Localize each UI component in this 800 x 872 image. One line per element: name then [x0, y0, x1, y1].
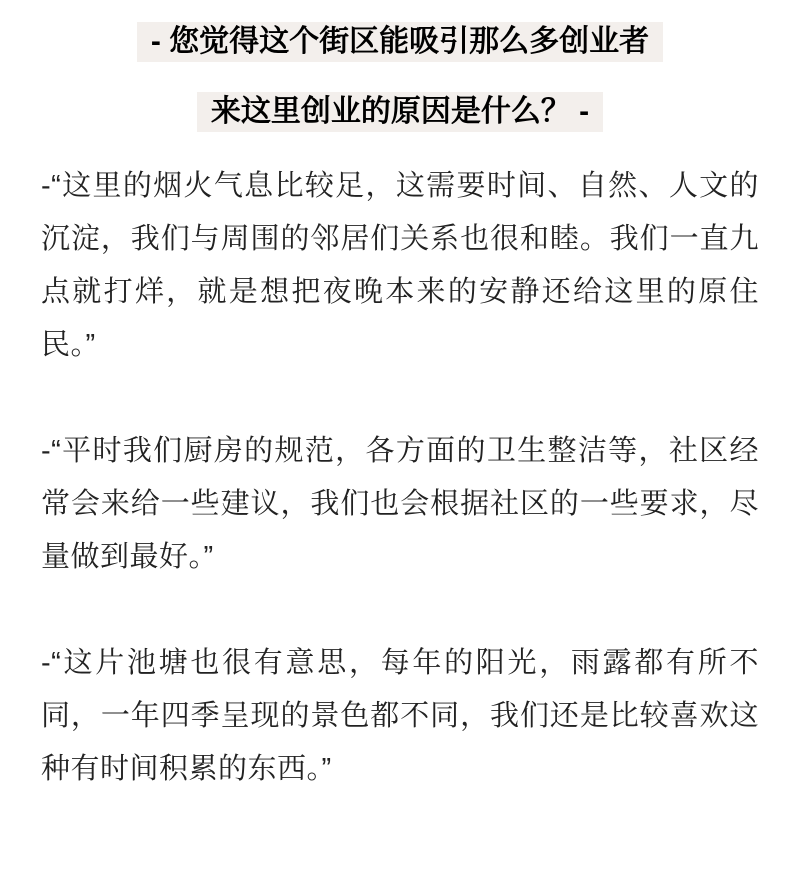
question-title-line-2: 来这里创业的原因是什么？ - [197, 92, 603, 132]
article-page: - 您觉得这个街区能吸引那么多创业者 来这里创业的原因是什么？ - -“这里的烟… [0, 0, 800, 872]
question-title-line-1: - 您觉得这个街区能吸引那么多创业者 [137, 22, 663, 62]
question-title: - 您觉得这个街区能吸引那么多创业者 来这里创业的原因是什么？ - [0, 0, 800, 132]
interview-answers: -“这里的烟火气息比较足，这需要时间、自然、人文的沉淀，我们与周围的邻居们关系也… [0, 160, 800, 796]
quote-paragraph-1: -“这里的烟火气息比较足，这需要时间、自然、人文的沉淀，我们与周围的邻居们关系也… [41, 160, 759, 372]
quote-paragraph-3: -“这片池塘也很有意思，每年的阳光，雨露都有所不同，一年四季呈现的景色都不同，我… [41, 637, 759, 796]
quote-paragraph-2: -“平时我们厨房的规范，各方面的卫生整洁等，社区经常会来给一些建议，我们也会根据… [41, 425, 759, 584]
question-title-row-1: - 您觉得这个街区能吸引那么多创业者 [0, 22, 800, 62]
question-title-row-2: 来这里创业的原因是什么？ - [0, 92, 800, 132]
